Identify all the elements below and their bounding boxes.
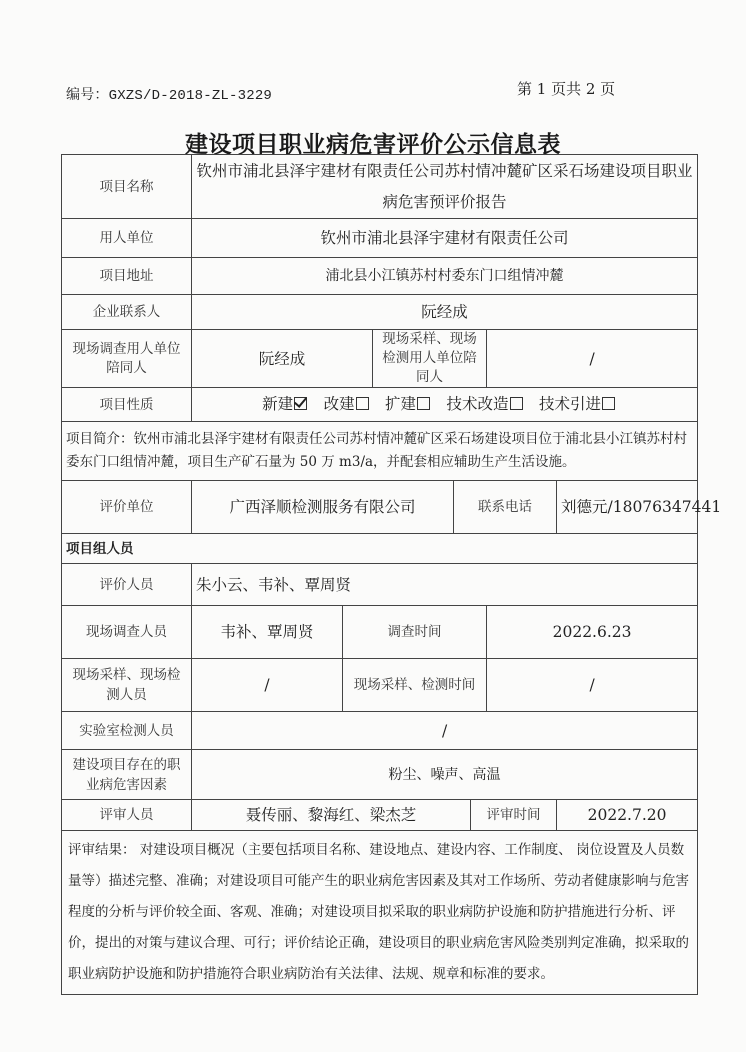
value-lab-staff: / bbox=[192, 712, 698, 750]
value-reviewers: 聂传丽、黎海红、梁杰芝 bbox=[192, 800, 471, 831]
value-employer: 钦州市浦北县泽宇建材有限责任公司 bbox=[192, 219, 698, 258]
value-sampling-time: / bbox=[487, 659, 698, 712]
label-employer: 用人单位 bbox=[62, 219, 192, 258]
row-project-name: 项目名称 钦州市浦北县泽宇建材有限责任公司苏村情冲麓矿区采石场建设项目职业病危害… bbox=[62, 155, 698, 219]
label-sampling-time: 现场采样、检测时间 bbox=[343, 659, 487, 712]
team-section-heading: 项目组人员 bbox=[62, 534, 698, 564]
checkbox-empty-icon bbox=[417, 397, 430, 410]
row-contact: 企业联系人 阮经成 bbox=[62, 295, 698, 330]
label-phone: 联系电话 bbox=[454, 481, 557, 534]
label-site-survey-staff: 现场调查人员 bbox=[62, 606, 192, 659]
value-hazard-factors: 粉尘、噪声、高温 bbox=[192, 750, 698, 800]
value-address: 浦北县小江镇苏村村委东门口组情冲麓 bbox=[192, 258, 698, 295]
value-site-survey-staff: 韦补、覃周贤 bbox=[192, 606, 343, 659]
checkbox-checked-icon bbox=[294, 397, 307, 410]
checkbox-new-build[interactable]: 新建 bbox=[262, 394, 307, 414]
value-evaluators: 朱小云、韦补、覃周贤 bbox=[192, 564, 698, 606]
label-sampling-staff: 现场采样、现场检测人员 bbox=[62, 659, 192, 712]
row-project-intro: 项目简介：钦州市浦北县泽宇建材有限责任公司苏村情冲麓矿区采石场建设项目位于浦北县… bbox=[62, 422, 698, 481]
row-team-section: 项目组人员 bbox=[62, 534, 698, 564]
label-contact: 企业联系人 bbox=[62, 295, 192, 330]
row-review-result: 评审结果： 对建设项目概况（主要包括项目名称、建设地点、建设内容、工作制度、 岗… bbox=[62, 831, 698, 995]
label-site-survey-escort: 现场调查用人单位陪同人 bbox=[62, 330, 192, 388]
row-project-nature: 项目性质 新建 改建 扩建 技术改造 技术引进 bbox=[62, 388, 698, 422]
checkbox-tech-renovation[interactable]: 技术改造 bbox=[447, 394, 523, 414]
value-evaluation-unit: 广西泽顺检测服务有限公司 bbox=[192, 481, 454, 534]
row-sampling-staff: 现场采样、现场检测人员 / 现场采样、检测时间 / bbox=[62, 659, 698, 712]
row-site-survey: 现场调查人员 韦补、覃周贤 调查时间 2022.6.23 bbox=[62, 606, 698, 659]
label-address: 项目地址 bbox=[62, 258, 192, 295]
value-review-time: 2022.7.20 bbox=[557, 800, 698, 831]
label-lab-staff: 实验室检测人员 bbox=[62, 712, 192, 750]
label-review-time: 评审时间 bbox=[471, 800, 557, 831]
label-survey-time: 调查时间 bbox=[343, 606, 487, 659]
label-sampling-escort: 现场采样、现场检测用人单位陪同人 bbox=[373, 330, 487, 388]
document-number-value: GXZS/D-2018-ZL-3229 bbox=[109, 88, 272, 104]
checkbox-empty-icon bbox=[602, 397, 615, 410]
review-result: 评审结果： 对建设项目概况（主要包括项目名称、建设地点、建设内容、工作制度、 岗… bbox=[62, 831, 698, 995]
info-table: 项目名称 钦州市浦北县泽宇建材有限责任公司苏村情冲麓矿区采石场建设项目职业病危害… bbox=[61, 154, 698, 995]
row-escort: 现场调查用人单位陪同人 阮经成 现场采样、现场检测用人单位陪同人 / bbox=[62, 330, 698, 388]
label-reviewers: 评审人员 bbox=[62, 800, 192, 831]
value-sampling-staff: / bbox=[192, 659, 343, 712]
row-hazard-factors: 建设项目存在的职业病危害因素 粉尘、噪声、高温 bbox=[62, 750, 698, 800]
document-number-label: 编号： bbox=[66, 87, 109, 103]
row-evaluation-unit: 评价单位 广西泽顺检测服务有限公司 联系电话 刘德元/18076347441 bbox=[62, 481, 698, 534]
checkbox-tech-introduction[interactable]: 技术引进 bbox=[539, 394, 615, 414]
row-lab-staff: 实验室检测人员 / bbox=[62, 712, 698, 750]
page-indicator: 第 1 页共 2 页 bbox=[517, 78, 615, 99]
project-nature-options: 新建 改建 扩建 技术改造 技术引进 bbox=[192, 388, 698, 422]
checkbox-empty-icon bbox=[356, 397, 369, 410]
label-hazard-factors: 建设项目存在的职业病危害因素 bbox=[62, 750, 192, 800]
checkbox-empty-icon bbox=[510, 397, 523, 410]
label-project-nature: 项目性质 bbox=[62, 388, 192, 422]
value-project-name: 钦州市浦北县泽宇建材有限责任公司苏村情冲麓矿区采石场建设项目职业病危害预评价报告 bbox=[192, 155, 698, 219]
label-project-name: 项目名称 bbox=[62, 155, 192, 219]
value-sampling-escort: / bbox=[487, 330, 698, 388]
value-contact: 阮经成 bbox=[192, 295, 698, 330]
checkbox-expansion[interactable]: 扩建 bbox=[385, 394, 430, 414]
project-intro: 项目简介：钦州市浦北县泽宇建材有限责任公司苏村情冲麓矿区采石场建设项目位于浦北县… bbox=[62, 422, 698, 481]
checkbox-rebuild[interactable]: 改建 bbox=[324, 394, 369, 414]
row-employer: 用人单位 钦州市浦北县泽宇建材有限责任公司 bbox=[62, 219, 698, 258]
row-reviewers: 评审人员 聂传丽、黎海红、梁杰芝 评审时间 2022.7.20 bbox=[62, 800, 698, 831]
value-site-survey-escort: 阮经成 bbox=[192, 330, 373, 388]
value-survey-time: 2022.6.23 bbox=[487, 606, 698, 659]
document-number: 编号：GXZS/D-2018-ZL-3229 bbox=[66, 84, 272, 104]
label-evaluators: 评价人员 bbox=[62, 564, 192, 606]
row-address: 项目地址 浦北县小江镇苏村村委东门口组情冲麓 bbox=[62, 258, 698, 295]
label-evaluation-unit: 评价单位 bbox=[62, 481, 192, 534]
row-evaluators: 评价人员 朱小云、韦补、覃周贤 bbox=[62, 564, 698, 606]
value-phone: 刘德元/18076347441 bbox=[557, 481, 698, 534]
